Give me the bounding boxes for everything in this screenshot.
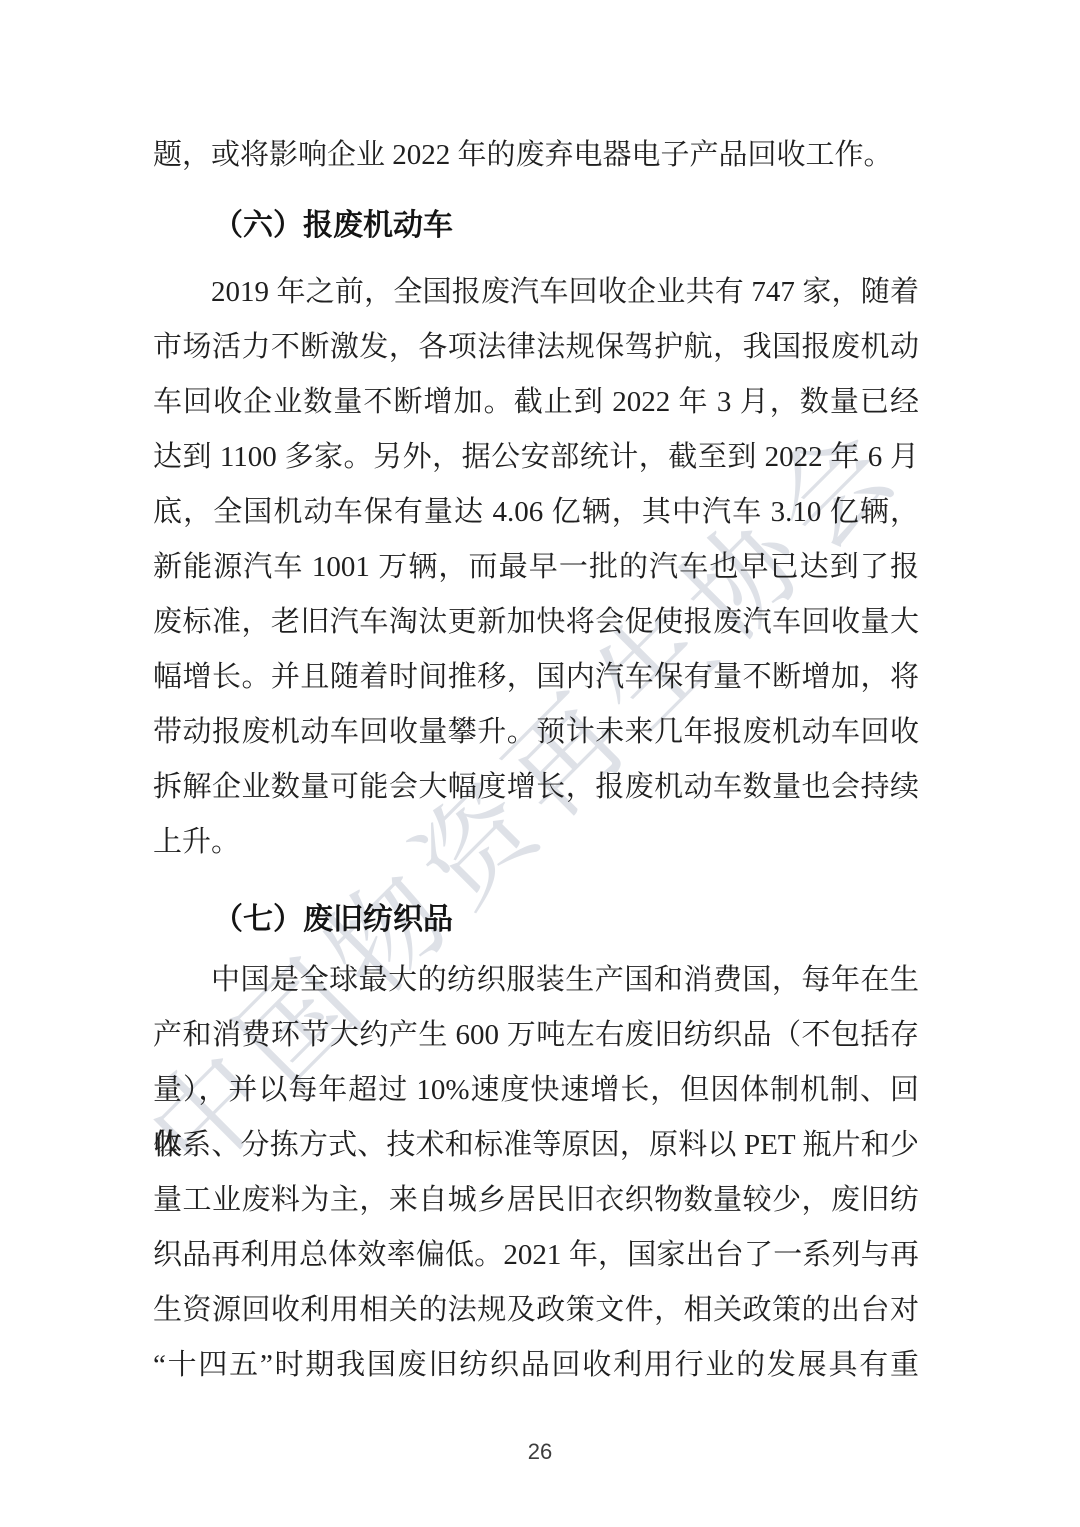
body-line: 上升。 xyxy=(153,815,919,870)
body-line: 新能源汽车 1001 万辆，而最早一批的汽车也早已达到了报 xyxy=(153,540,919,595)
body-line: 底，全国机动车保有量达 4.06 亿辆，其中汽车 3.10 亿辆， xyxy=(153,485,919,540)
section-heading-waste-textiles: （七）废旧纺织品 xyxy=(153,892,919,947)
body-line: 中国是全球最大的纺织服装生产国和消费国，每年在生 xyxy=(153,953,919,1008)
page-number: 26 xyxy=(0,1438,1080,1466)
body-line: 车回收企业数量不断增加。截止到 2022 年 3 月，数量已经 xyxy=(153,375,919,430)
section-waste-textiles-paragraph: 中国是全球最大的纺织服装生产国和消费国，每年在生 产和消费环节大约产生 600 … xyxy=(153,953,919,1393)
page-content: 题，或将影响企业 2022 年的废弃电器电子产品回收工作。 （六）报废机动车 2… xyxy=(153,128,919,1393)
section-scrapped-vehicles-paragraph: 2019 年之前，全国报废汽车回收企业共有 747 家，随着 市场活力不断激发，… xyxy=(153,265,919,870)
body-line: “十四五”时期我国废旧纺织品回收利用行业的发展具有重 xyxy=(153,1338,919,1393)
body-line: 织品再利用总体效率偏低。2021 年，国家出台了一系列与再 xyxy=(153,1228,919,1283)
body-line: 幅增长。并且随着时间推移，国内汽车保有量不断增加，将 xyxy=(153,650,919,705)
paragraph-continuation-line: 题，或将影响企业 2022 年的废弃电器电子产品回收工作。 xyxy=(153,128,919,183)
body-line: 带动报废机动车回收量攀升。预计未来几年报废机动车回收 xyxy=(153,705,919,760)
body-line: 量），并以每年超过 10%速度快速增长，但因体制机制、回收 xyxy=(153,1063,919,1118)
body-line: 量工业废料为主，来自城乡居民旧衣织物数量较少，废旧纺 xyxy=(153,1173,919,1228)
body-line: 拆解企业数量可能会大幅度增长，报废机动车数量也会持续 xyxy=(153,760,919,815)
body-line: 市场活力不断激发，各项法律法规保驾护航，我国报废机动 xyxy=(153,320,919,375)
body-line: 生资源回收利用相关的法规及政策文件，相关政策的出台对 xyxy=(153,1283,919,1338)
body-line: 体系、分拣方式、技术和标准等原因，原料以 PET 瓶片和少 xyxy=(153,1118,919,1173)
section-heading-scrapped-vehicles: （六）报废机动车 xyxy=(153,198,919,253)
body-line: 达到 1100 多家。另外，据公安部统计，截至到 2022 年 6 月 xyxy=(153,430,919,485)
body-line: 2019 年之前，全国报废汽车回收企业共有 747 家，随着 xyxy=(153,265,919,320)
body-line: 产和消费环节大约产生 600 万吨左右废旧纺织品（不包括存 xyxy=(153,1008,919,1063)
document-page: 中国物资再生协会 题，或将影响企业 2022 年的废弃电器电子产品回收工作。 （… xyxy=(0,0,1080,1527)
body-line: 废标准，老旧汽车淘汰更新加快将会促使报废汽车回收量大 xyxy=(153,595,919,650)
